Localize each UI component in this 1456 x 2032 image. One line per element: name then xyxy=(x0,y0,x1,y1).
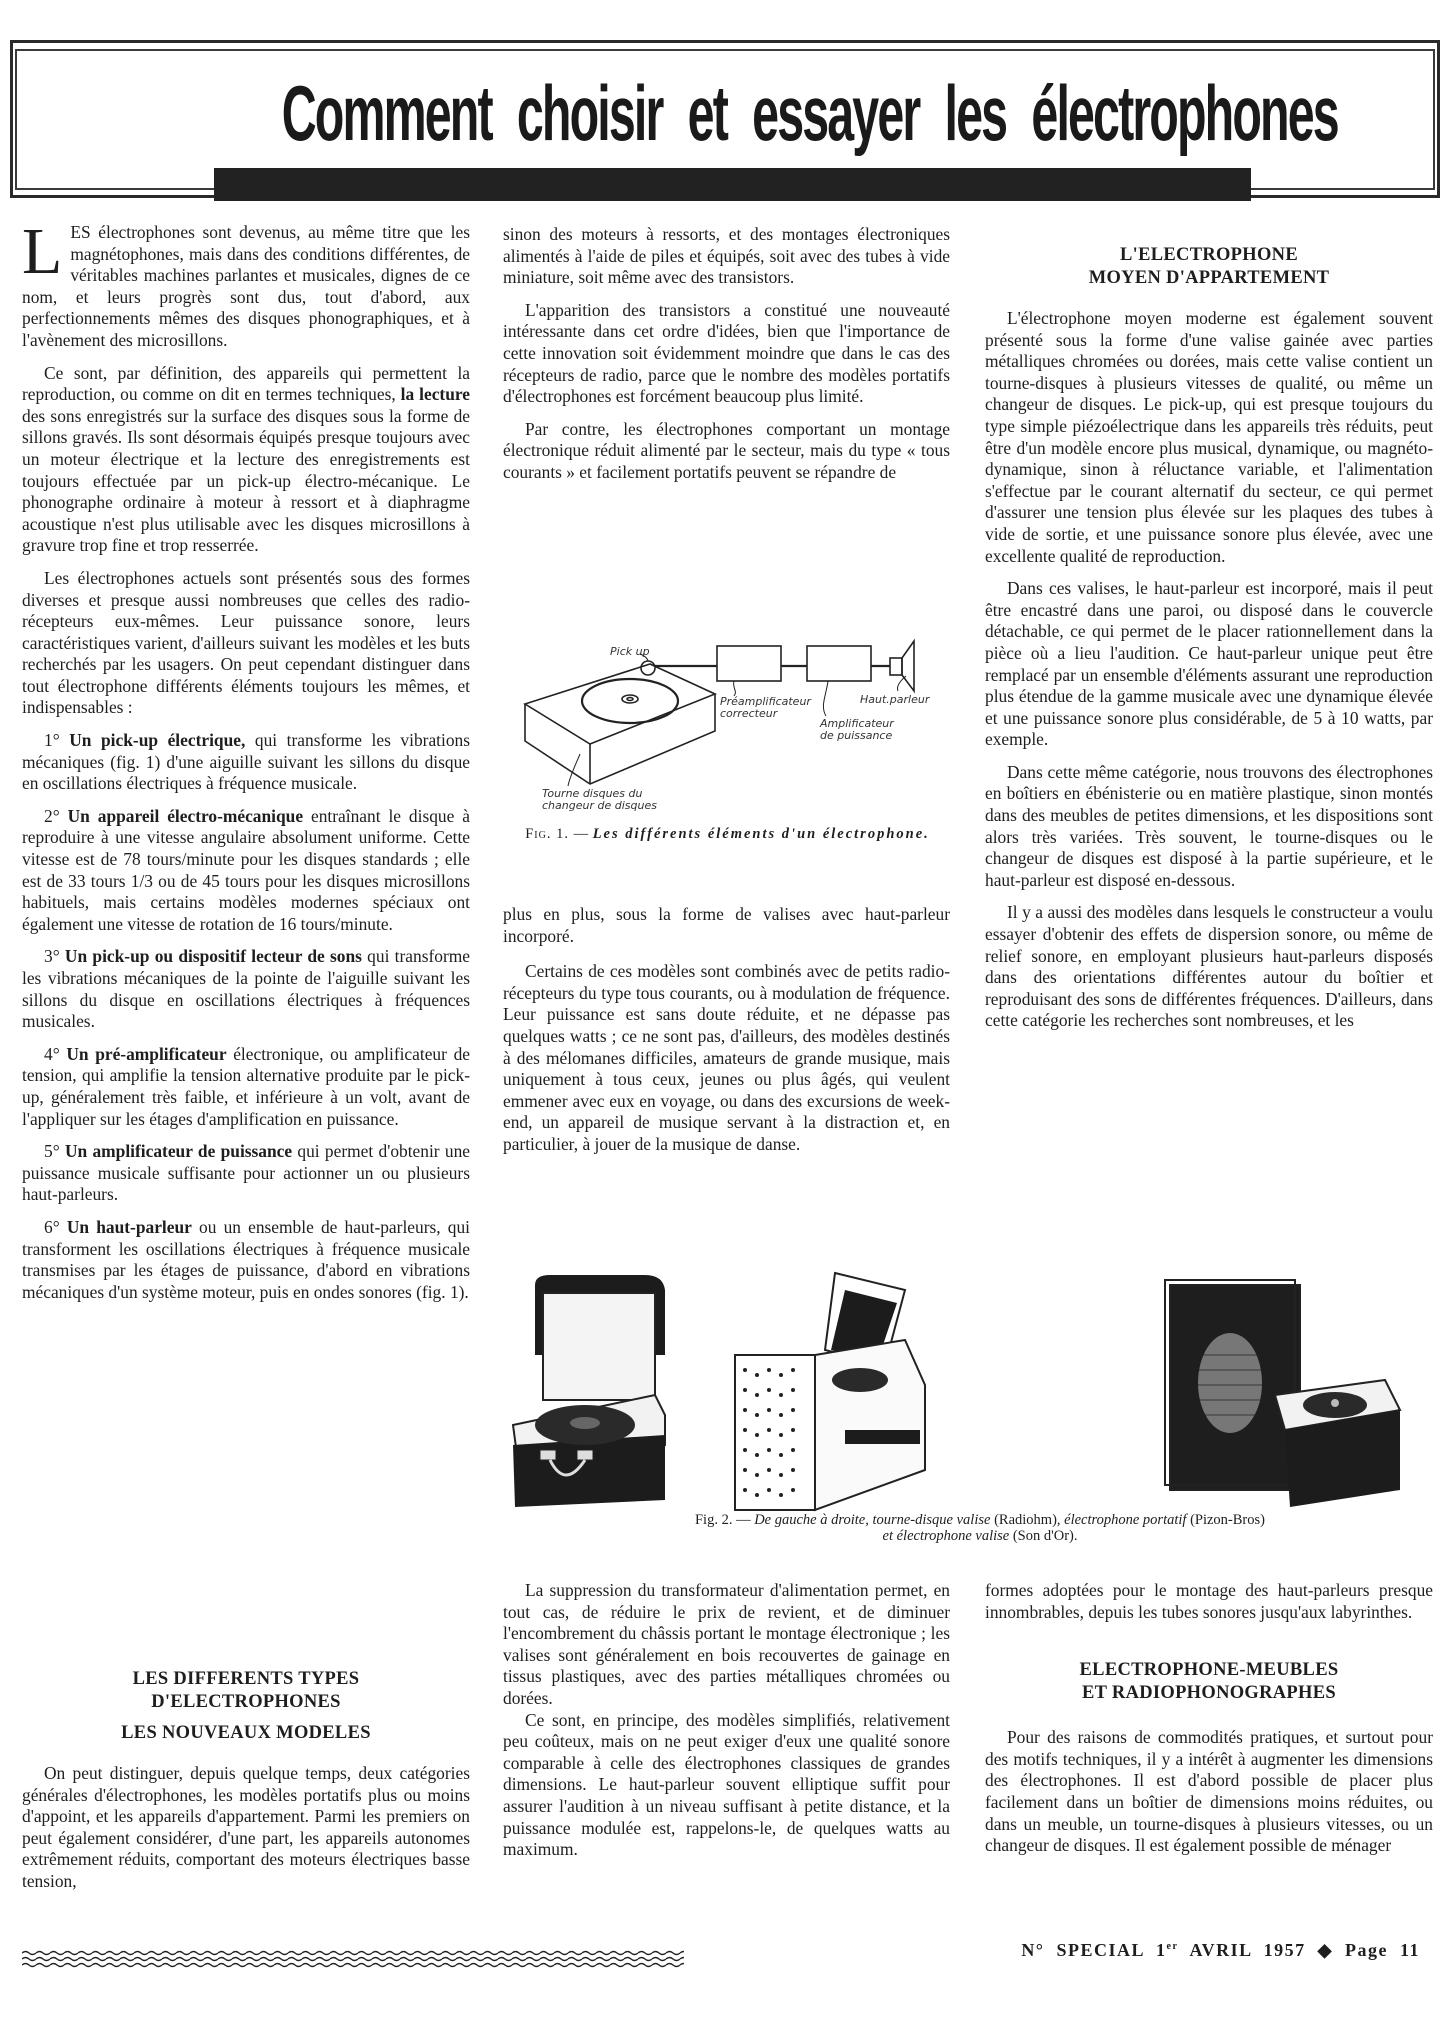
figure-2-caption: Fig. 2. — De gauche à droite, tourne-dis… xyxy=(505,1512,1455,1544)
heading-line: ET RADIOPHONOGRAPHES xyxy=(1082,1683,1336,1703)
column-2-top: sinon des moteurs à ressorts, et des mon… xyxy=(503,224,950,495)
item-title: Un pick-up ou dispositif lecteur de sons xyxy=(65,946,362,966)
title-banner: Comment choisir et essayer les électroph… xyxy=(10,40,1440,198)
banner-black-bar xyxy=(214,168,1251,201)
paragraph: L'électrophone moyen moderne est égaleme… xyxy=(985,308,1433,567)
page-footer: N° SPECIAL 1er AVRIL 1957 ◆ Page 11 xyxy=(700,1940,1420,1961)
label-turntable: Tourne disques duchangeur de disques xyxy=(542,788,657,812)
heading-line: D'ELECTROPHONES xyxy=(151,1692,341,1712)
list-item-4: 4° Un pré-amplificateur électronique, ou… xyxy=(22,1044,470,1130)
paragraph: L'apparition des transistors a constitué… xyxy=(503,300,950,408)
item-title: Un pré-amplificateur xyxy=(66,1044,226,1064)
column-3-top: L'ELECTROPHONEMOYEN D'APPARTEMENT L'élec… xyxy=(985,244,1433,1043)
column-2-middle: plus en plus, sous la forme de valises a… xyxy=(503,904,950,1167)
label-line: correcteur xyxy=(720,707,777,720)
paragraph: Il y a aussi des modèles dans lesquels l… xyxy=(985,902,1433,1032)
figure-1-diagram: Pick up Préamplificateurcorrecteur Ampli… xyxy=(520,636,950,836)
list-item-5: 5° Un amplificateur de puissance qui per… xyxy=(22,1141,470,1206)
paragraph: Dans cette même catégorie, nous trouvons… xyxy=(985,762,1433,892)
column-3-bottom: formes adoptées pour le montage des haut… xyxy=(985,1580,1433,1868)
paragraph: Ce sont, par définition, des appareils q… xyxy=(22,363,470,557)
caption-italic: De gauche à droite, tourne-disque valise xyxy=(754,1512,990,1528)
item-title: Un haut-parleur xyxy=(67,1217,192,1237)
list-item-3: 3° Un pick-up ou dispositif lecteur de s… xyxy=(22,946,470,1032)
intro-text: ES électrophones sont devenus, au même t… xyxy=(22,222,470,350)
paragraph: formes adoptées pour le montage des haut… xyxy=(985,1580,1433,1623)
column-1: LES électrophones sont devenus, au même … xyxy=(22,222,470,1314)
electrophone-portatif-illustration xyxy=(735,1273,925,1510)
item-number: 4° xyxy=(44,1044,60,1064)
section-types: LES DIFFERENTS TYPESD'ELECTROPHONES LES … xyxy=(22,1668,470,1904)
caption-brand: (Radiohm), xyxy=(990,1512,1064,1528)
item-number: 1° xyxy=(44,730,60,750)
electrophone-illustrations xyxy=(505,1245,1455,1515)
paragraph: La suppression du transformateur d'alime… xyxy=(503,1580,950,1710)
heading-line: L'ELECTROPHONE xyxy=(1120,245,1298,265)
label-line: changeur de disques xyxy=(542,799,657,812)
item-number: 6° xyxy=(44,1217,60,1237)
heading-line: MOYEN D'APPARTEMENT xyxy=(1089,268,1330,288)
turntable-valise-illustration xyxy=(513,1275,665,1507)
day-suffix: er xyxy=(1167,1941,1179,1952)
item-title: Un amplificateur de puissance xyxy=(65,1141,292,1161)
section-heading: LES DIFFERENTS TYPESD'ELECTROPHONES xyxy=(22,1668,470,1714)
figure-2-photos xyxy=(505,1245,1455,1515)
list-item-1: 1° Un pick-up électrique, qui transforme… xyxy=(22,730,470,795)
label-speaker: Haut.parleur xyxy=(860,694,929,706)
electrophone-valise-illustration xyxy=(1165,1280,1400,1507)
paragraph: Dans ces valises, le haut-parleur est in… xyxy=(985,578,1433,751)
paragraph: Pour des raisons de commodités pratiques… xyxy=(985,1727,1433,1857)
paragraph: Certains de ces modèles sont combinés av… xyxy=(503,961,950,1155)
label-amplifier: Amplificateurde puissance xyxy=(820,718,894,742)
paragraph: Par contre, les électrophones comportant… xyxy=(503,419,950,484)
caption-italic: électrophone portatif xyxy=(1064,1512,1186,1528)
page-number: 11 xyxy=(1400,1940,1420,1960)
day-number: 1 xyxy=(1156,1940,1167,1960)
paragraph: Ce sont, en principe, des modèles simpli… xyxy=(503,1710,950,1861)
page-label: Page xyxy=(1345,1940,1388,1960)
heading-line: LES DIFFERENTS TYPES xyxy=(133,1669,360,1689)
caption-brand: (Son d'Or). xyxy=(1009,1528,1077,1544)
list-item-6: 6° Un haut-parleur ou un ensemble de hau… xyxy=(22,1217,470,1303)
item-title: Un appareil électro-mécanique xyxy=(68,806,303,826)
caption-label: Fig. 2. — xyxy=(695,1512,751,1528)
section-subheading: LES NOUVEAUX MODELES xyxy=(22,1722,470,1745)
caption-brand: (Pizon-Bros) xyxy=(1186,1512,1265,1528)
paragraph: On peut distinguer, depuis quelque temps… xyxy=(22,1763,470,1893)
issue-date: AVRIL 1957 xyxy=(1189,1940,1305,1960)
section-heading-appartement: L'ELECTROPHONEMOYEN D'APPARTEMENT xyxy=(985,244,1433,290)
label-pickup: Pick up xyxy=(610,646,650,658)
diamond-icon: ◆ xyxy=(1318,1940,1333,1960)
item-number: 2° xyxy=(44,806,60,826)
issue-day: 1er xyxy=(1156,1940,1178,1960)
drop-cap: L xyxy=(22,226,62,278)
paragraph: plus en plus, sous la forme de valises a… xyxy=(503,904,950,947)
figure-1-caption: Fig. 1. — Les différents éléments d'un é… xyxy=(505,826,950,842)
caption-text: Les différents éléments d'un électrophon… xyxy=(593,826,930,842)
heading-line: ELECTROPHONE-MEUBLES xyxy=(1080,1660,1339,1680)
footer-wave-rule xyxy=(22,1950,684,1968)
intro-paragraph: LES électrophones sont devenus, au même … xyxy=(22,222,470,352)
section-heading-meubles: ELECTROPHONE-MEUBLESET RADIOPHONOGRAPHES xyxy=(985,1659,1433,1705)
list-item-2: 2° Un appareil électro-mécanique entraîn… xyxy=(22,806,470,936)
item-number: 3° xyxy=(44,946,60,966)
article-title: Comment choisir et essayer les électroph… xyxy=(282,68,1169,159)
paragraph: sinon des moteurs à ressorts, et des mon… xyxy=(503,224,950,289)
paragraph: Les électrophones actuels sont présentés… xyxy=(22,568,470,719)
issue-prefix: N° xyxy=(1021,1940,1044,1960)
caption-label: Fig. 1. — xyxy=(525,826,589,842)
item-number: 5° xyxy=(44,1141,60,1161)
item-title: Un pick-up électrique, xyxy=(69,730,245,750)
text: des sons enregistrés sur la surface des … xyxy=(22,406,470,556)
column-2-bottom: La suppression du transformateur d'alime… xyxy=(503,1580,950,1872)
caption-italic: et électrophone valise xyxy=(883,1528,1010,1544)
issue-special: SPECIAL xyxy=(1057,1940,1145,1960)
label-preamp: Préamplificateurcorrecteur xyxy=(720,696,811,720)
label-line: de puissance xyxy=(820,729,892,742)
bold-text: la lecture xyxy=(401,384,470,404)
